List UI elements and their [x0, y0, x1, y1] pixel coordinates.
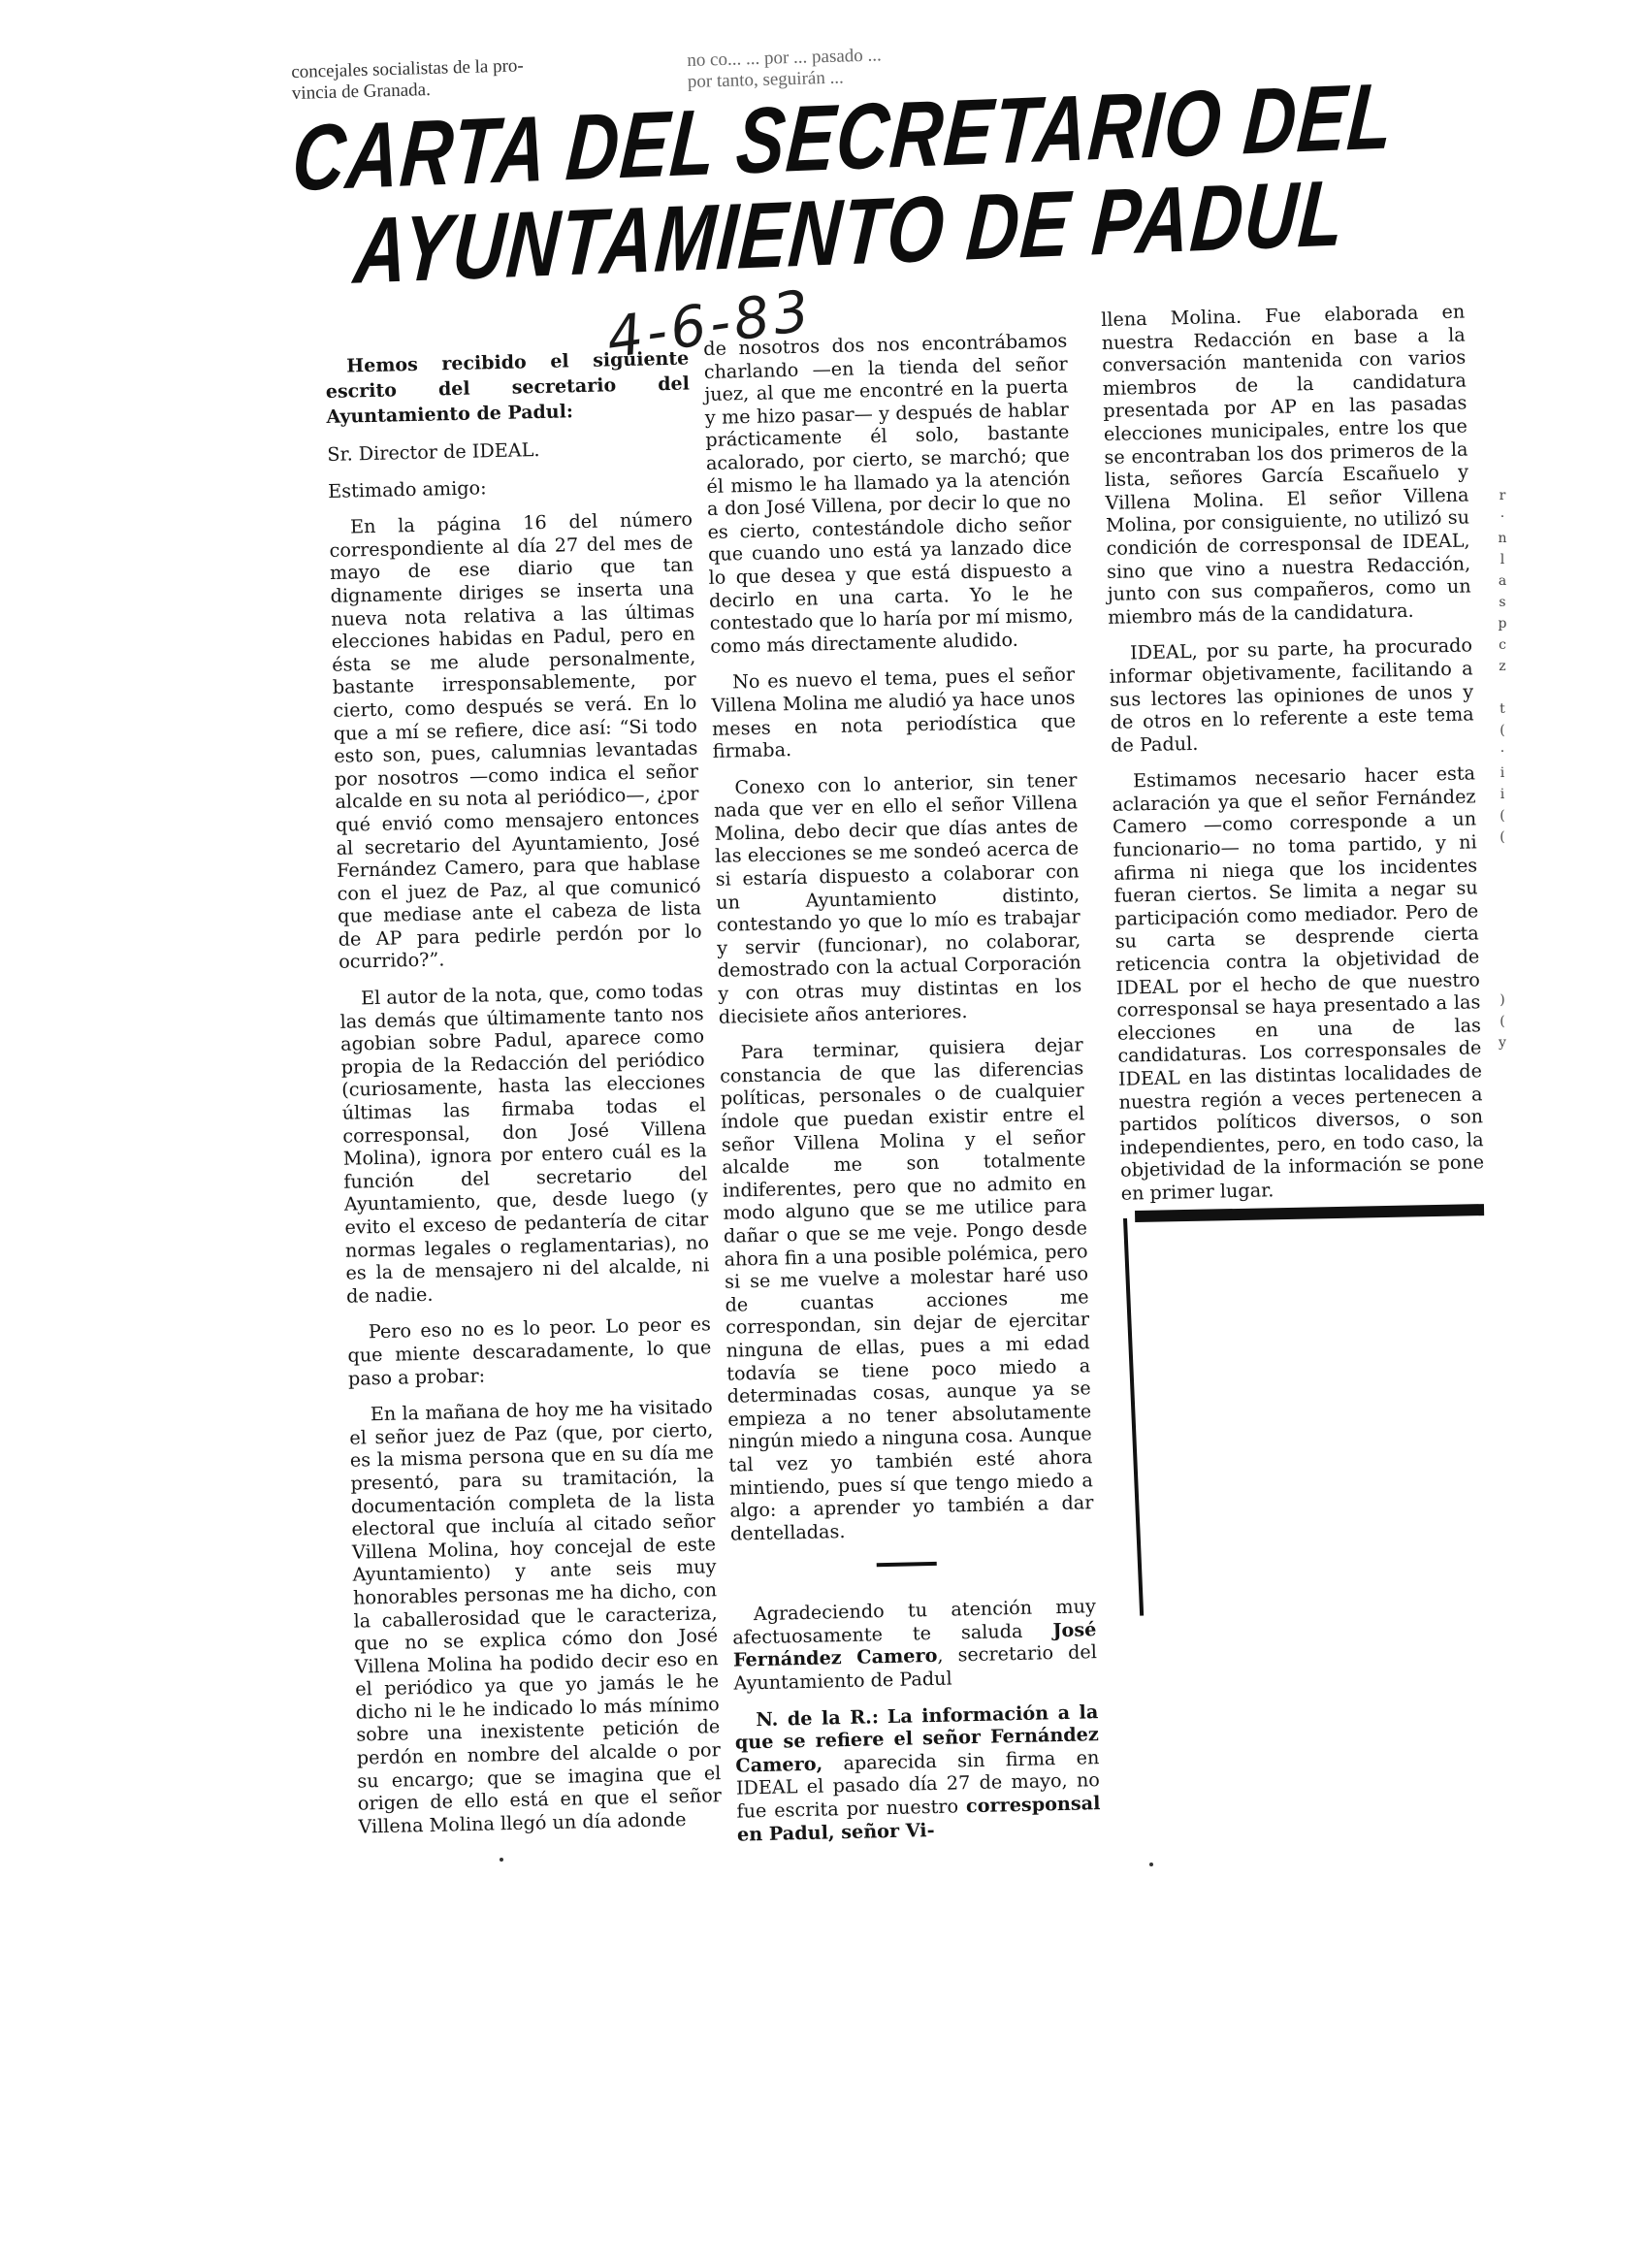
clipped-char: ( [1495, 805, 1510, 826]
section-separator-rule [877, 1562, 937, 1567]
addressee: Sr. Director de IDEAL. [327, 435, 691, 466]
clipped-char: s [1495, 592, 1510, 613]
clipped-adjacent-column-lower: ) ( y [1495, 989, 1510, 1053]
scan-speck [500, 1858, 503, 1862]
editor-note-label: N. de la R.: [756, 1705, 879, 1731]
body-paragraph: En la mañana de hoy me ha visitado el se… [349, 1395, 723, 1838]
body-paragraph: Pero eso no es lo peor. Lo peor es que m… [347, 1313, 713, 1390]
headline: CARTA DEL SECRETARIO DEL AYUNTAMIENTO DE… [291, 67, 1462, 302]
body-paragraph: Estimamos necesario hacer esta aclaració… [1112, 762, 1485, 1206]
clipped-char: · [1495, 741, 1510, 762]
clipped-char [1495, 677, 1510, 698]
body-paragraph: Conexo con lo anterior, sin tener nada q… [713, 768, 1082, 1028]
box-border-left-rule [1123, 1218, 1144, 1616]
clipped-char: · [1495, 506, 1510, 528]
closing-text: Agradeciendo tu atención muy afectuosame… [732, 1595, 1096, 1648]
body-paragraph: Para terminar, quisiera dejar constancia… [719, 1034, 1094, 1545]
body-paragraph: de nosotros dos nos encontrábamos charla… [703, 329, 1074, 658]
newspaper-clipping: concejales socialistas de la pro- vincia… [0, 0, 1645, 2268]
clipped-char: l [1495, 549, 1510, 570]
body-paragraph: En la página 16 del número correspondien… [329, 508, 703, 974]
clipped-char: ) [1495, 989, 1510, 1011]
clipped-char: i [1495, 784, 1510, 805]
clipped-char: t [1495, 698, 1510, 720]
closing-signature: Agradeciendo tu atención muy afectuosame… [732, 1595, 1098, 1695]
body-paragraph: IDEAL, por su parte, ha procurado inform… [1109, 634, 1475, 757]
clipped-char: y [1495, 1032, 1510, 1053]
article-column-2: de nosotros dos nos encontrábamos charla… [703, 329, 1102, 1859]
clipped-adjacent-column-upper: r · n l a s p c z t ( · i i ( ( [1495, 485, 1510, 848]
clipped-char: ( [1495, 1011, 1510, 1032]
body-paragraph: llena Molina. Fue elaborada en nuestra R… [1101, 300, 1471, 629]
body-paragraph: No es nuevo el tema, pues el señor Ville… [711, 664, 1077, 763]
clipped-char: ( [1495, 720, 1510, 741]
body-paragraph: El autor de la nota, que, como todas las… [339, 979, 710, 1308]
clipped-char: r [1495, 485, 1510, 506]
article-column-3: llena Molina. Fue elaborada en nuestra R… [1101, 300, 1485, 1218]
clipped-char: n [1495, 528, 1510, 549]
article-column-1: Hemos recibido el siguiente escrito del … [325, 345, 723, 1852]
clipped-char: a [1495, 570, 1510, 592]
previous-article-fragment-left: concejales socialistas de la pro- vincia… [291, 55, 525, 105]
clipped-char: c [1495, 634, 1510, 656]
clipped-char: ( [1495, 826, 1510, 848]
clipped-char: p [1495, 613, 1510, 634]
intro-paragraph: Hemos recibido el siguiente escrito del … [325, 345, 691, 429]
editor-note: N. de la R.: La información a la que se … [734, 1701, 1101, 1846]
scan-speck [1149, 1863, 1153, 1866]
greeting: Estimado amigo: [328, 471, 692, 502]
clipped-char: z [1495, 656, 1510, 677]
clipped-char: i [1495, 762, 1510, 784]
